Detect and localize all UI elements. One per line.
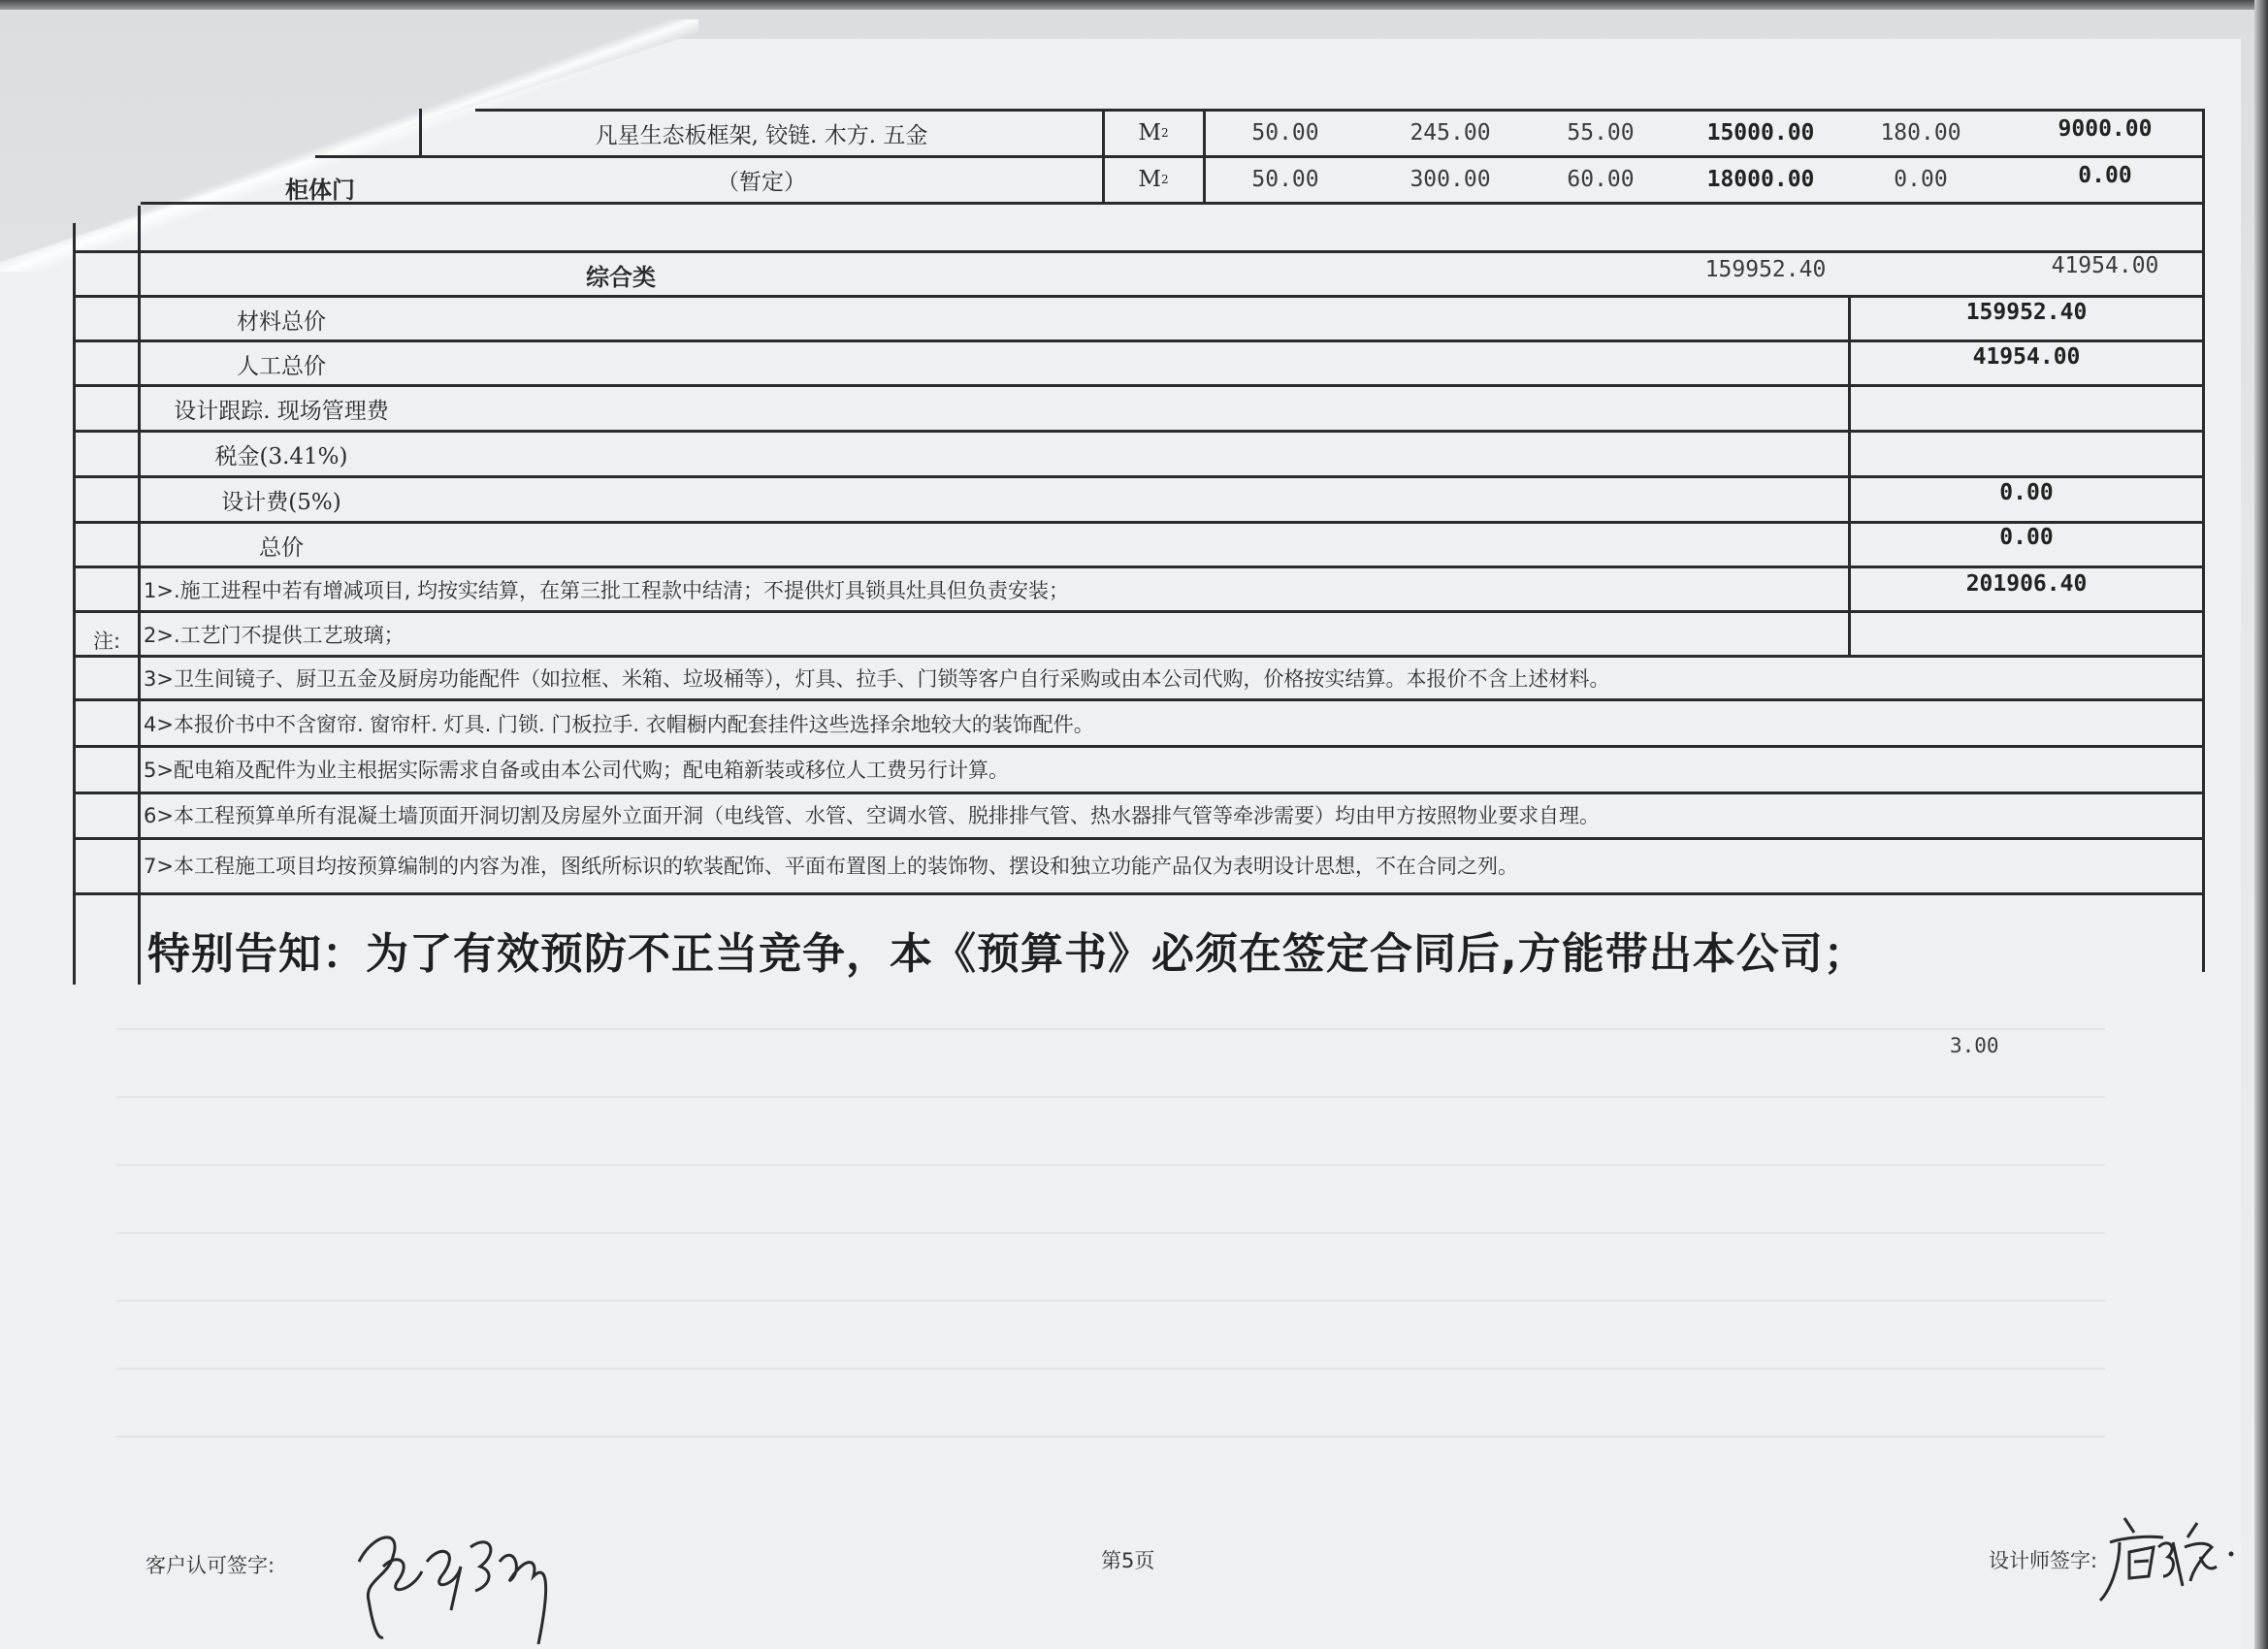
designer-signature [2095,1499,2241,1605]
summary-value-management-fee [1851,381,2202,424]
summary-label-management-fee: 设计跟踪. 现场管理费 [141,387,422,430]
item-spec: 凡星生态板框架, 铰链. 木方. 五金 [422,111,1101,155]
category-label: 综合类 [427,253,815,296]
summary-label-material: 材料总价 [141,298,422,340]
stray-value: 3.00 [1950,1028,2066,1063]
summary-label-design-fee: 设计费(5%) [141,478,422,521]
summary-value-design-fee: 0.00 [1851,471,2202,514]
note-item: 1>.施工进程中若有增减项目, 均按实结算，在第三批工程款中结清；不提供灯具锁具… [144,568,1841,611]
notes-label: 注: [76,621,138,660]
summary-value-labor: 41954.00 [1851,336,2202,378]
special-notice: 特别告知：为了有效预防不正当竞争，本《预算书》必须在签定合同后,方能带出本公司； [147,916,2185,984]
item-value: 0.00 [1843,157,1998,202]
summary-value-tax [1851,427,2202,469]
summary-value-total: 0.00 [1851,516,2202,559]
item-unit: M2 [1105,157,1202,202]
customer-signature-label: 客户认可签字: [146,1547,275,1582]
item-labor-total: 9000.00 [2018,107,2192,151]
summary-label-tax: 税金(3.41%) [141,433,422,475]
item-material-total: 15000.00 [1678,111,1843,155]
page-number: 第5页 [1101,1542,1154,1577]
summary-label-total: 总价 [141,524,422,566]
designer-signature-label: 设计师签字: [1989,1542,2097,1577]
scanner-edge-right [2254,0,2268,1649]
note-item: 2>.工艺门不提供工艺玻璃； [144,613,1841,656]
note-item: 5>配电箱及配件为业主根据实际需求自备或由本公司代购；配电箱新装或移位人工费另行… [144,748,2181,791]
item-value: 180.00 [1843,111,1998,155]
summary-label-labor: 人工总价 [141,342,422,385]
category-material-total: 159952.40 [1669,248,1863,291]
scanner-edge [0,0,2268,10]
item-unit: M2 [1105,111,1202,155]
note-item: 6>本工程预算单所有混凝土墙顶面开洞切割及房屋外立面开洞（电线管、水管、空调水管… [144,793,2181,836]
item-material-unit-price: 300.00 [1377,157,1523,202]
summary-value-material: 159952.40 [1851,291,2202,334]
note-value-grand-total: 201906.40 [1851,563,2202,605]
item-spec: （暂定） [422,157,1101,202]
item-material-unit-price: 245.00 [1377,111,1523,155]
note-item: 7>本工程施工项目均按预算编制的内容为准，图纸所标识的软装配饰、平面布置图上的装… [144,842,2181,889]
item-name: 柜体门 [223,165,417,210]
note-item: 4>本报价书中不含窗帘. 窗帘杆. 灯具. 门锁. 门板拉手. 衣帽橱内配套挂件… [144,702,2181,745]
item-quantity: 50.00 [1213,157,1358,202]
item-labor-unit-price: 55.00 [1533,111,1669,155]
item-labor-unit-price: 60.00 [1533,157,1669,202]
category-labor-total: 41954.00 [2008,244,2202,287]
item-labor-total: 0.00 [2018,153,2192,198]
customer-signature [344,1523,577,1649]
item-material-total: 18000.00 [1678,157,1843,202]
item-quantity: 50.00 [1213,111,1358,155]
note-item: 3>卫生间镜子、厨卫五金及厨房功能配件（如拉框、米箱、垃圾桶等），灯具、拉手、门… [144,657,2181,699]
